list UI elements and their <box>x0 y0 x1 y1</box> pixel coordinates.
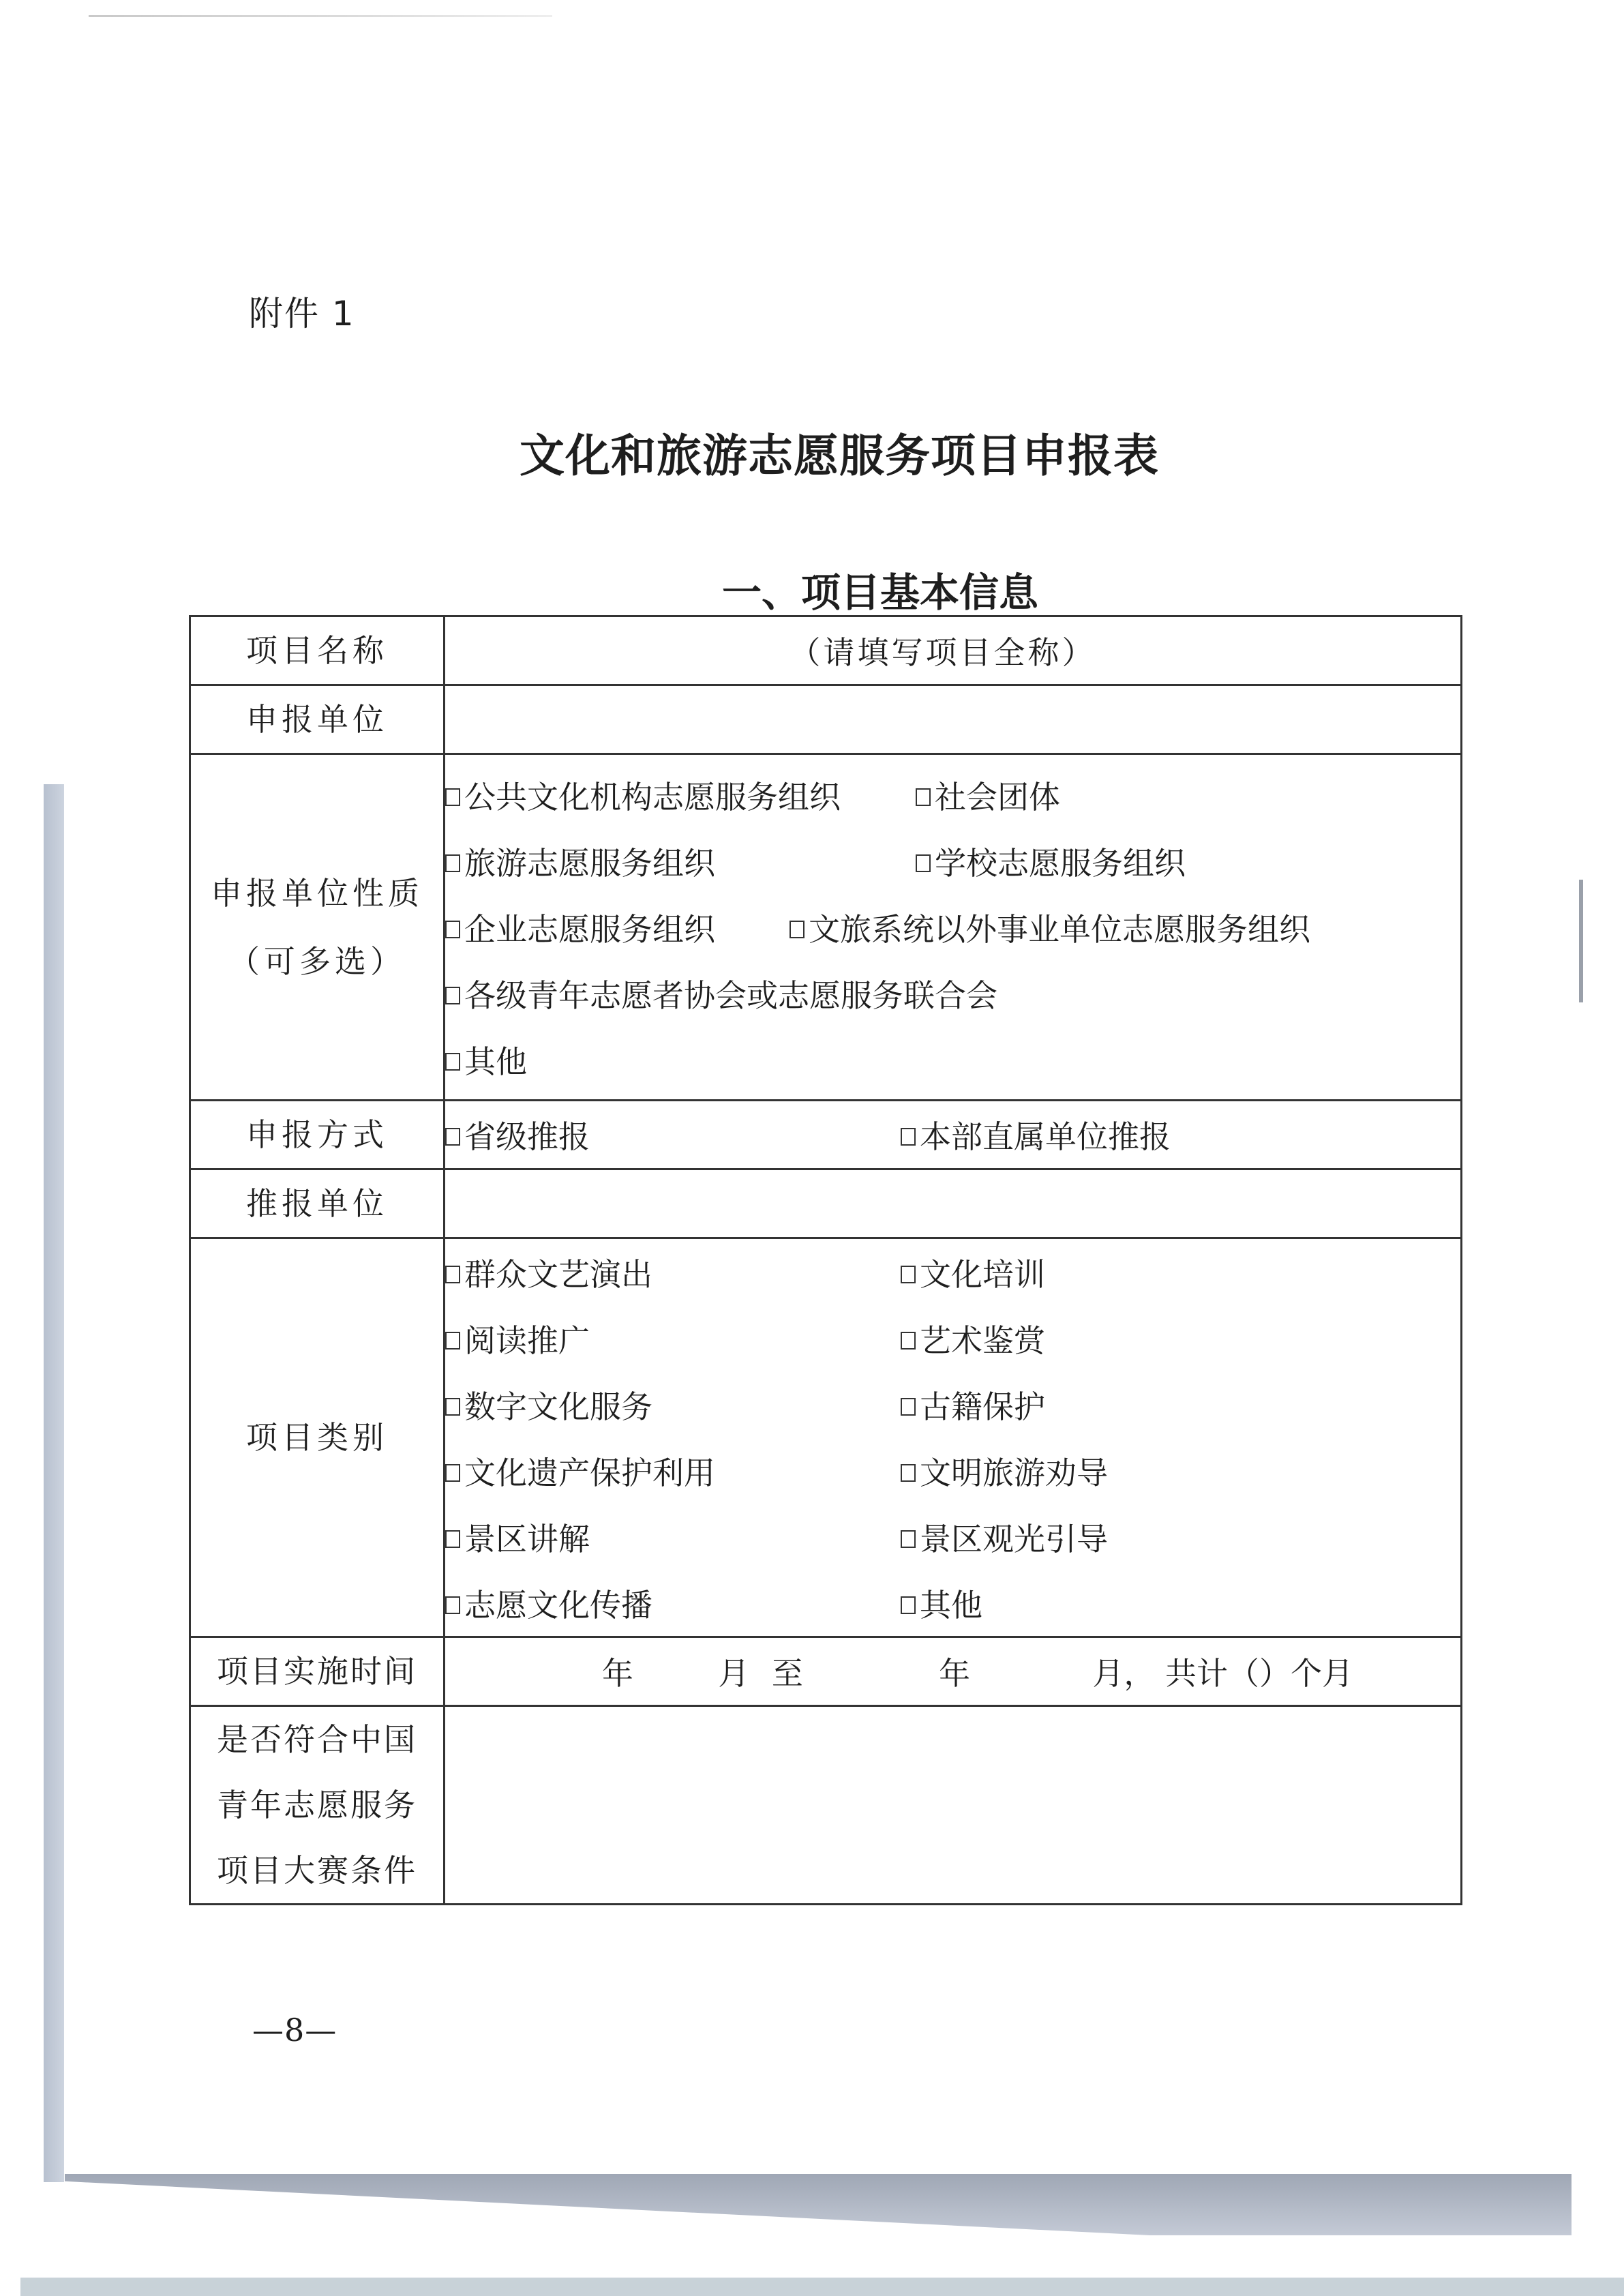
option-art-appreciation[interactable]: 艺术鉴赏 <box>901 1316 1045 1361</box>
option-youth-volunteer-association[interactable]: 各级青年志愿者协会或志愿服务联合会 <box>445 971 997 1016</box>
label-project-category: 项目类别 <box>190 1238 445 1637</box>
checkbox[interactable] <box>445 1530 460 1548</box>
option-public-culture-org[interactable]: 公共文化机构志愿服务组织 <box>445 773 916 818</box>
scan-artifact-top-line <box>89 15 552 17</box>
project-name-placeholder: （请填写项目全称） <box>790 634 1096 671</box>
to-text: 至 <box>772 1655 803 1692</box>
option-cultural-training[interactable]: 文化培训 <box>901 1250 1045 1295</box>
option-category-other[interactable]: 其他 <box>901 1581 982 1626</box>
label-applicant-nature: 申报单位性质 （可多选） <box>190 754 445 1101</box>
option-ministry-affiliate-recommendation[interactable]: 本部直属单位推报 <box>901 1112 1171 1157</box>
application-form-table: 项目名称 （请填写项目全称） 申报单位 申报单位性质 （可多选） 公共文化机构志… <box>189 615 1462 1905</box>
checkbox[interactable] <box>445 1332 460 1350</box>
option-volunteer-culture-spread[interactable]: 志愿文化传播 <box>445 1581 901 1626</box>
checkbox[interactable] <box>916 788 931 806</box>
end-month-suffix: 月， <box>1092 1655 1155 1692</box>
label-applicant-unit: 申报单位 <box>190 685 445 754</box>
row-youth-competition: 是否符合中国 青年志愿服务 项目大赛条件 <box>190 1706 1462 1905</box>
checkbox[interactable] <box>445 1398 460 1416</box>
option-school-volunteer-org[interactable]: 学校志愿服务组织 <box>916 839 1186 884</box>
label-implementation-time: 项目实施时间 <box>190 1637 445 1706</box>
option-social-group[interactable]: 社会团体 <box>916 773 1060 818</box>
row-implementation-time: 项目实施时间 年 月 至 年 月， 共计（）个月 <box>190 1637 1462 1706</box>
option-digital-culture-service[interactable]: 数字文化服务 <box>445 1382 901 1427</box>
option-scenic-sightseeing-guide[interactable]: 景区观光引导 <box>901 1515 1108 1560</box>
row-application-method: 申报方式 省级推报 本部直属单位推报 <box>190 1101 1462 1169</box>
checkbox[interactable] <box>901 1332 916 1350</box>
label-youth-competition-line2: 青年志愿服务 <box>191 1772 443 1838</box>
option-provincial-recommendation[interactable]: 省级推报 <box>445 1112 901 1157</box>
project-category-options: 群众文艺演出 文化培训 阅读推广 艺术鉴赏 数字文化服务 古籍保护 文化遗产保护… <box>445 1238 1462 1637</box>
option-non-culture-institution-org[interactable]: 文旅系统以外事业单位志愿服务组织 <box>790 905 1310 950</box>
checkbox[interactable] <box>901 1398 916 1416</box>
checkbox[interactable] <box>445 921 460 938</box>
option-scenic-interpretation[interactable]: 景区讲解 <box>445 1515 901 1560</box>
checkbox[interactable] <box>445 987 460 1004</box>
attachment-label: 附件 1 <box>249 286 355 336</box>
label-applicant-nature-line2: （可多选） <box>191 927 443 996</box>
checkbox[interactable] <box>901 1128 916 1146</box>
recommending-unit-field[interactable] <box>445 1169 1462 1238</box>
checkbox[interactable] <box>445 1464 460 1482</box>
label-project-name: 项目名称 <box>190 616 445 685</box>
checkbox[interactable] <box>916 854 931 872</box>
checkbox[interactable] <box>790 921 805 938</box>
checkbox[interactable] <box>901 1596 916 1614</box>
page-number: —8— <box>252 2012 337 2048</box>
label-applicant-nature-line1: 申报单位性质 <box>191 859 443 927</box>
scan-artifact-right-mark <box>1579 880 1583 1002</box>
scan-shadow-bottom <box>65 2174 1572 2235</box>
end-year-suffix: 年 <box>939 1655 970 1692</box>
row-project-name: 项目名称 （请填写项目全称） <box>190 616 1462 685</box>
start-year-suffix: 年 <box>602 1655 633 1692</box>
label-youth-competition-line3: 项目大赛条件 <box>191 1838 443 1903</box>
label-youth-competition: 是否符合中国 青年志愿服务 项目大赛条件 <box>190 1706 445 1905</box>
checkbox[interactable] <box>445 1053 460 1071</box>
implementation-time-field[interactable]: 年 月 至 年 月， 共计（）个月 <box>445 1637 1462 1706</box>
checkbox[interactable] <box>445 788 460 806</box>
checkbox[interactable] <box>901 1530 916 1548</box>
checkbox[interactable] <box>445 1128 460 1146</box>
row-applicant-nature: 申报单位性质 （可多选） 公共文化机构志愿服务组织 社会团体 旅游志愿服务组织 … <box>190 754 1462 1101</box>
option-heritage-protection[interactable]: 文化遗产保护利用 <box>445 1448 901 1493</box>
row-applicant-unit: 申报单位 <box>190 685 1462 754</box>
total-months-text: 共计（）个月 <box>1165 1655 1353 1692</box>
applicant-nature-options: 公共文化机构志愿服务组织 社会团体 旅游志愿服务组织 学校志愿服务组织 企业志愿… <box>445 754 1462 1101</box>
row-recommending-unit: 推报单位 <box>190 1169 1462 1238</box>
label-application-method: 申报方式 <box>190 1101 445 1169</box>
youth-competition-field[interactable] <box>445 1706 1462 1905</box>
scan-shadow-left <box>44 784 64 2182</box>
label-youth-competition-line1: 是否符合中国 <box>191 1707 443 1772</box>
section-heading: 一、项目基本信息 <box>0 561 1624 618</box>
checkbox[interactable] <box>901 1266 916 1283</box>
option-civilized-tourism[interactable]: 文明旅游劝导 <box>901 1448 1108 1493</box>
checkbox[interactable] <box>445 1596 460 1614</box>
start-month-suffix: 月 <box>718 1655 749 1692</box>
scan-shadow-bottom-strip <box>20 2278 1624 2296</box>
option-ancient-books-protection[interactable]: 古籍保护 <box>901 1382 1045 1427</box>
option-tourism-volunteer-org[interactable]: 旅游志愿服务组织 <box>445 839 916 884</box>
row-project-category: 项目类别 群众文艺演出 文化培训 阅读推广 艺术鉴赏 数字文化服务 古籍保护 文… <box>190 1238 1462 1637</box>
applicant-unit-field[interactable] <box>445 685 1462 754</box>
option-reading-promotion[interactable]: 阅读推广 <box>445 1316 901 1361</box>
option-mass-performance[interactable]: 群众文艺演出 <box>445 1250 901 1295</box>
option-enterprise-volunteer-org[interactable]: 企业志愿服务组织 <box>445 905 790 950</box>
label-recommending-unit: 推报单位 <box>190 1169 445 1238</box>
option-nature-other[interactable]: 其他 <box>445 1037 527 1082</box>
checkbox[interactable] <box>445 854 460 872</box>
checkbox[interactable] <box>901 1464 916 1482</box>
document-title: 文化和旅游志愿服务项目申报表 <box>0 419 1624 484</box>
application-method-options: 省级推报 本部直属单位推报 <box>445 1101 1462 1169</box>
checkbox[interactable] <box>445 1266 460 1283</box>
project-name-field[interactable]: （请填写项目全称） <box>445 616 1462 685</box>
